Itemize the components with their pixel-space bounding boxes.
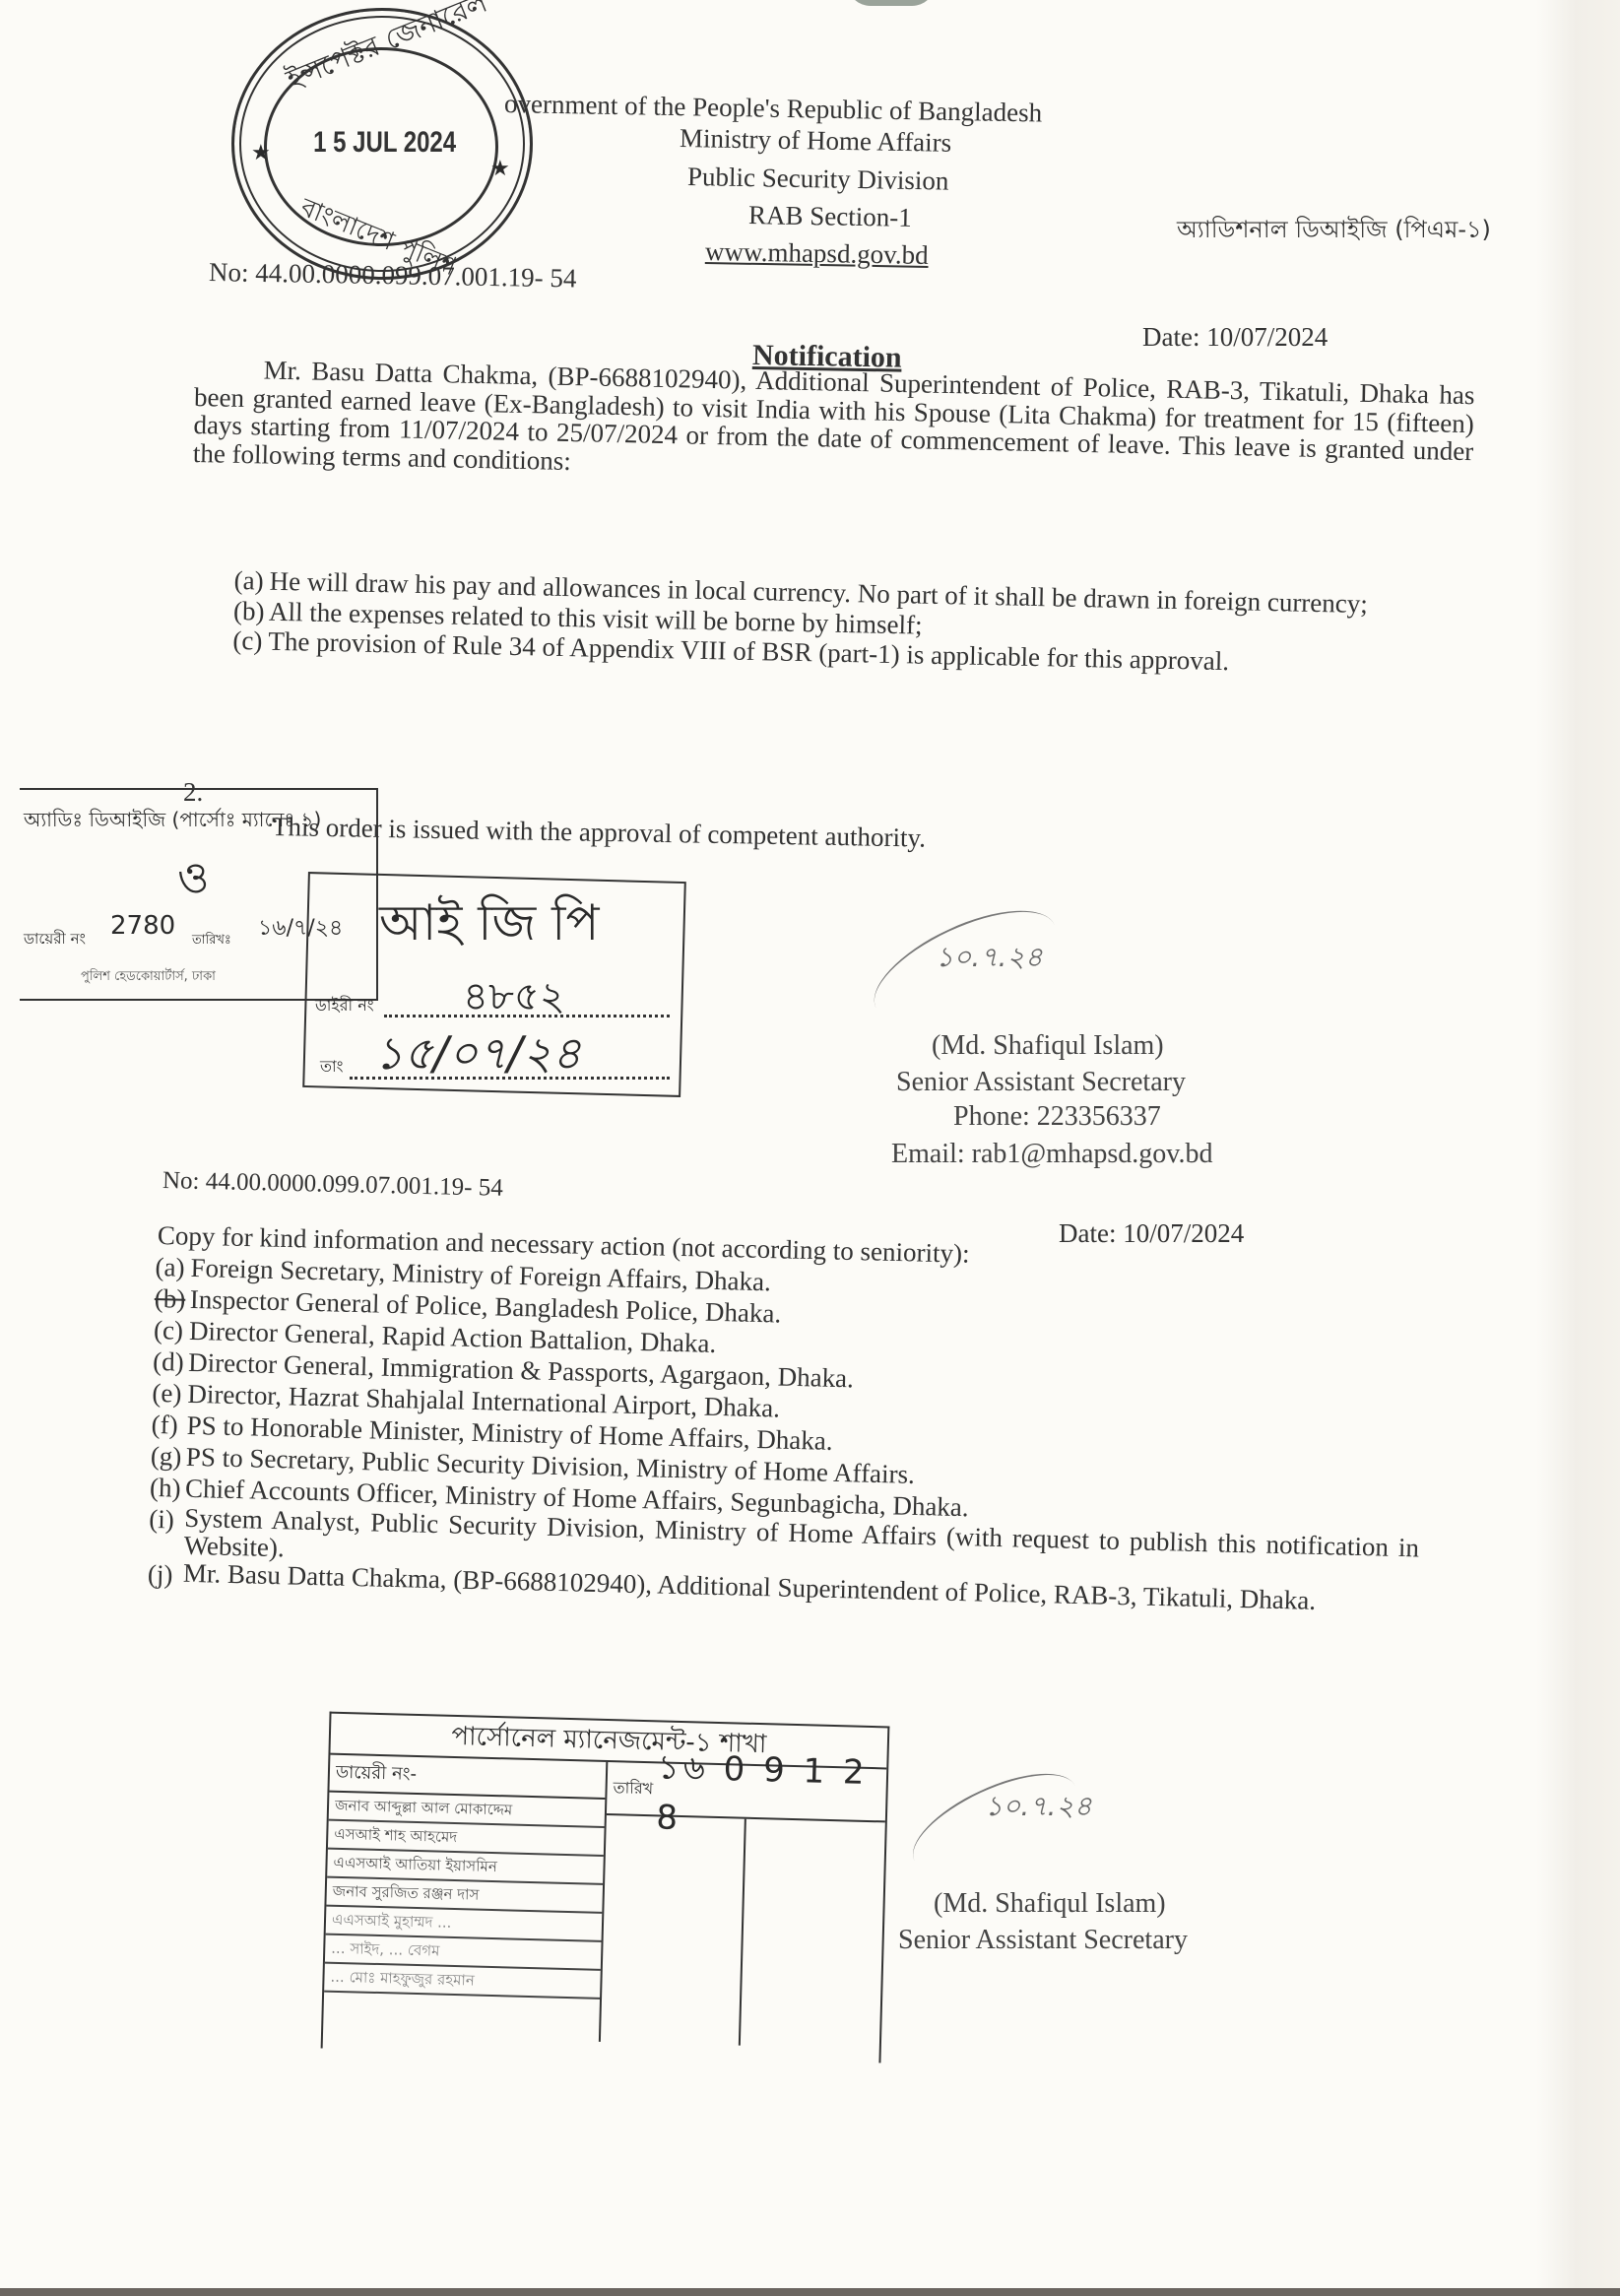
copy-date: Date: 10/07/2024 bbox=[1059, 1219, 1244, 1247]
star-icon: ★ bbox=[490, 156, 510, 181]
signatory-1-phone: Phone: 223356337 bbox=[953, 1101, 1161, 1133]
signature: ১০.৭.২৪ bbox=[985, 1785, 1092, 1831]
signature: ১০.৭.২৪ bbox=[936, 936, 1043, 982]
personnel-stamp-right: তারিখ ১৬ 0 9 1 2 8 bbox=[601, 1762, 886, 2049]
memo-number: No: 44.00.0000.099.07.001.19- 54 bbox=[209, 258, 577, 293]
igp-diary-line bbox=[384, 1015, 670, 1017]
igp-stamp-title: আই জি পি bbox=[379, 886, 599, 968]
personnel-date-label: তারিখ bbox=[613, 1775, 653, 1803]
handwritten-mark: ও bbox=[177, 845, 209, 917]
header-division: Public Security Division bbox=[687, 162, 949, 197]
igp-date-value: ১৫/০৭/২৪ bbox=[374, 1019, 581, 1094]
recipient-list: (a)Foreign Secretary, Ministry of Foreig… bbox=[148, 1251, 1426, 1620]
scan-artifact bbox=[847, 0, 936, 6]
header-website-link[interactable]: www.mhapsd.gov.bd bbox=[705, 236, 929, 271]
signatory-1-name: (Md. Shafiqul Islam) bbox=[932, 1030, 1164, 1062]
header-ministry: Ministry of Home Affairs bbox=[680, 123, 952, 159]
addl-dig-stamp-title: অ্যাডিঃ ডিআইজি (পার্সোঃ ম্যানেঃ ১) bbox=[24, 806, 321, 838]
personnel-stamp: পার্সোনেল ম্যানেজমেন্ট-১ শাখা ডায়েরী নং… bbox=[321, 1712, 890, 2064]
signatory-2-designation: Senior Assistant Secretary bbox=[898, 1925, 1188, 1956]
personnel-row: ... মোঃ মাহফুজুর রহমান bbox=[324, 1964, 601, 2000]
addressee-bangla: অ্যাডিশনাল ডিআইজি (পিএম-১) bbox=[1177, 212, 1491, 251]
addl-dig-diary-no: 2780 bbox=[110, 911, 175, 941]
signatory-1-designation: Senior Assistant Secretary bbox=[896, 1067, 1186, 1098]
igp-date-line bbox=[350, 1077, 670, 1080]
addl-dig-diary-label: ডায়েরী নং bbox=[24, 928, 86, 952]
copy-memo-number: No: 44.00.0000.099.07.001.19- 54 bbox=[162, 1167, 503, 1203]
received-stamp-date: 1 5 JUL 2024 bbox=[313, 126, 456, 160]
igp-diary-label: ডাইরী নং bbox=[315, 993, 374, 1019]
memo-date: Date: 10/07/2024 bbox=[1142, 323, 1328, 351]
addl-dig-date-label: তারিখঃ bbox=[192, 931, 231, 951]
star-icon: ★ bbox=[251, 140, 271, 165]
notification-body: Mr. Basu Datta Chakma, (BP-6688102940), … bbox=[193, 355, 1475, 493]
signatory-2-name: (Md. Shafiqul Islam) bbox=[934, 1888, 1166, 1920]
igp-date-label: তাং bbox=[320, 1054, 344, 1081]
scan-bottom-edge bbox=[0, 2288, 1620, 2296]
header-section: RAB Section-1 bbox=[748, 200, 912, 233]
terms-list: (a) He will draw his pay and allowances … bbox=[232, 566, 1475, 683]
addl-dig-footer: পুলিশ হেডকোয়ার্টার্স, ঢাকা bbox=[81, 967, 216, 988]
signatory-1-email: Email: rab1@mhapsd.gov.bd bbox=[891, 1139, 1212, 1170]
personnel-stamp-left: ডায়েরী নং- জনাব আব্দুল্লা আল মোকাদ্দেম … bbox=[323, 1755, 608, 2042]
document-page: ইন্সপেক্টর জেনারেল বাংলাদেশ পুলিশ 1 5 JU… bbox=[0, 0, 1620, 2296]
header-government: overnment of the People's Republic of Ba… bbox=[504, 89, 1043, 129]
